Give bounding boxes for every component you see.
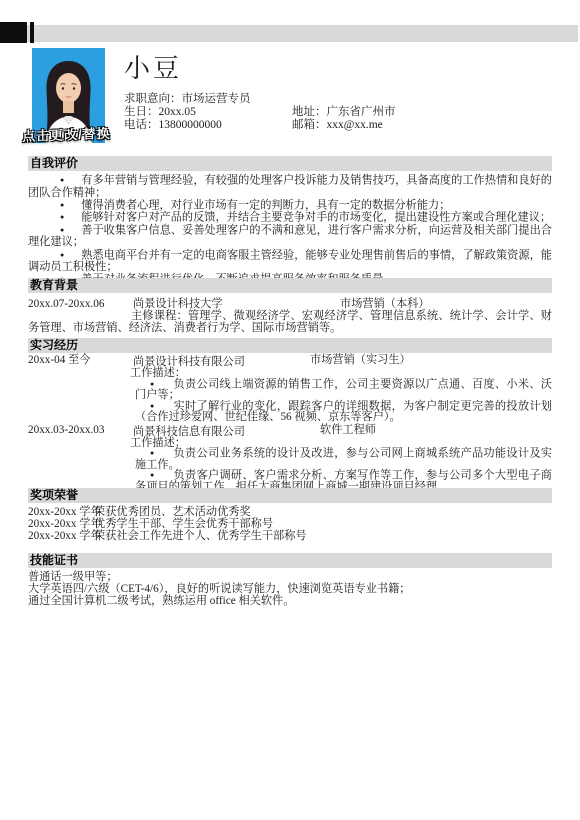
section-title-self-evaluation: 自我评价	[28, 156, 552, 171]
bullet-icon: ●	[150, 402, 174, 410]
award-row: 20xx-20xx 学年优秀学生干部、学生会优秀干部称号	[28, 518, 552, 530]
job-bullet: ●负责公司业务系统的设计及改进，参与公司网上商城系统产品功能设计及实施工作。	[135, 448, 552, 470]
job-bullet: ●负责公司线上端资源的销售工作，公司主要资源以广点通、百度、小米、沃门户等；	[135, 379, 552, 401]
award-text: 荣获社会工作先进个人、优秀学生干部称号	[94, 530, 552, 542]
resume-page: 点击更改/替换 小豆 求职意向：市场运营专员 生日：20xx.05 地址：广东省…	[0, 0, 580, 820]
experience-job: 20xx-04 至今 市场营销（实习生） 尚景设计科技有限公司 工作描述： ●负…	[28, 355, 552, 423]
resume-body: 自我评价 ●有多年营销与管理经验，有较强的处理客户投诉能力及销售技巧，具备高度的…	[28, 0, 552, 820]
self-evaluation-item: ●能够针对客户对产品的反馈，并结合主要竞争对手的市场变化，提出建设性方案或合理化…	[28, 211, 552, 224]
section-skills: 技能证书 普通话一级甲等； 大学英语四/六级（CET-4/6），良好的听说读写能…	[28, 553, 552, 607]
section-education: 教育背景 20xx.07-20xx.06 市场营销（本科） 尚景设计科技大学 主…	[28, 278, 552, 335]
award-row: 20xx-20xx 学年荣获优秀团员、艺术活动优秀奖	[28, 506, 552, 518]
education-date: 20xx.07-20xx.06	[28, 298, 104, 310]
skill-line: 普通话一级甲等；	[28, 571, 552, 583]
section-awards: 奖项荣誉 20xx-20xx 学年荣获优秀团员、艺术活动优秀奖 20xx-20x…	[28, 488, 552, 542]
section-title-education: 教育背景	[28, 278, 552, 293]
job-bullet: ●实时了解行业的变化，跟踪客户的详细数据，为客户制定更完善的投放计划（合作过珍爱…	[135, 401, 552, 423]
job-desc-label: 工作描述：	[130, 438, 552, 449]
job-date: 20xx-04 至今	[28, 355, 90, 366]
bullet-icon: ●	[150, 449, 174, 457]
self-evaluation-item: ●熟悉电商平台并有一定的电商客服主管经验，能够专业处理售前售后的事情，了解政策资…	[28, 249, 552, 274]
bullet-icon: ●	[60, 176, 81, 184]
bullet-icon: ●	[150, 380, 174, 388]
award-date: 20xx-20xx 学年	[28, 518, 102, 530]
section-experience: 实习经历 20xx-04 至今 市场营销（实习生） 尚景设计科技有限公司 工作描…	[28, 338, 552, 493]
header-black-square	[0, 22, 27, 43]
bullet-icon: ●	[150, 471, 174, 479]
job-role: 市场营销（实习生）	[310, 355, 411, 366]
bullet-icon: ●	[60, 213, 81, 221]
bullet-icon: ●	[60, 251, 81, 259]
bullet-icon: ●	[60, 201, 81, 209]
section-title-experience: 实习经历	[28, 338, 552, 353]
section-self-evaluation: 自我评价 ●有多年营销与管理经验，有较强的处理客户投诉能力及销售技巧，具备高度的…	[28, 156, 552, 286]
job-desc-label: 工作描述：	[130, 368, 552, 379]
education-courses: 主修课程：管理学、微观经济学、宏观经济学、管理信息系统、统计学、会计学、财务管理…	[28, 310, 552, 335]
award-date: 20xx-20xx 学年	[28, 506, 102, 518]
education-major: 市场营销（本科）	[340, 298, 430, 310]
experience-job: 20xx.03-20xx.03 软件工程师 尚景科技信息有限公司 工作描述： ●…	[28, 425, 552, 493]
award-date: 20xx-20xx 学年	[28, 530, 102, 542]
self-evaluation-item: ●善于收集客户信息、妥善处理客户的不满和意见，进行客户需求分析，向运营及相关部门…	[28, 224, 552, 249]
award-text: 荣获优秀团员、艺术活动优秀奖	[94, 506, 552, 518]
self-evaluation-item: ●有多年营销与管理经验，有较强的处理客户投诉能力及销售技巧，具备高度的工作热情和…	[28, 174, 552, 199]
section-title-skills: 技能证书	[28, 553, 552, 568]
self-evaluation-item: ●懂得消费者心理，对行业市场有一定的判断力，具有一定的数据分析能力；	[28, 199, 552, 212]
award-text: 优秀学生干部、学生会优秀干部称号	[94, 518, 552, 530]
skill-line: 通过全国计算机二级考试，熟练运用 office 相关软件。	[28, 595, 552, 607]
bullet-icon: ●	[60, 226, 81, 234]
job-role: 软件工程师	[320, 425, 376, 436]
section-title-awards: 奖项荣誉	[28, 488, 552, 503]
skill-line: 大学英语四/六级（CET-4/6），良好的听说读写能力，快速浏览英语专业书籍；	[28, 583, 552, 595]
award-row: 20xx-20xx 学年荣获社会工作先进个人、优秀学生干部称号	[28, 530, 552, 542]
job-date: 20xx.03-20xx.03	[28, 425, 104, 436]
education-row: 20xx.07-20xx.06 市场营销（本科） 尚景设计科技大学 主修课程：管…	[28, 298, 552, 335]
